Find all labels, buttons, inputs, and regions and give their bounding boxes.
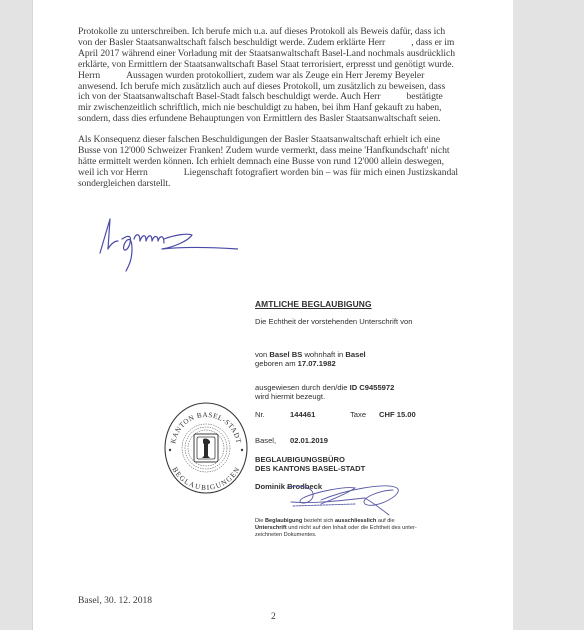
footnote-line-1: Die Beglaubigung bezieht sich ausschlies… xyxy=(255,518,495,525)
page-number: 2 xyxy=(271,611,276,622)
certification-intro: Die Echtheit der vorstehenden Unterschri… xyxy=(255,317,412,326)
paragraph-2: Als Konsequenz dieser falschen Beschuldi… xyxy=(78,135,473,190)
birth-date-line: geboren am 17.07.1982 xyxy=(255,359,336,368)
text-line: sondern, dass dies erfundene Behauptunge… xyxy=(78,114,473,125)
text-line: sondergleichen darstellt. xyxy=(78,179,473,190)
official-signature xyxy=(285,482,435,517)
document-date: Basel, 30. 12. 2018 xyxy=(78,595,152,606)
viewer-background-right xyxy=(513,0,584,630)
footnote-line-3: zeichneten Dokumentes. xyxy=(255,532,495,539)
attest-line: wird hiermit bezeugt. xyxy=(255,392,325,401)
paragraph-1: Protokolle zu unterschreiben. Ich berufe… xyxy=(78,27,473,125)
author-signature xyxy=(88,205,238,275)
office-name-line2: DES KANTONS BASEL-STADT xyxy=(255,464,365,473)
certification-footnote: Die Beglaubigung bezieht sich ausschlies… xyxy=(255,518,495,539)
residence-line: von Basel BS wohnhaft in Basel xyxy=(255,350,366,359)
viewer-background-left xyxy=(0,0,33,630)
id-line: ausgewiesen durch den/die ID C9455972 xyxy=(255,383,394,392)
place-label: Basel, xyxy=(255,436,276,445)
fee-value: CHF 15.00 xyxy=(379,410,416,419)
svg-text:BEGLAUBIGUNGEN: BEGLAUBIGUNGEN xyxy=(170,466,241,492)
document-body: Protokolle zu unterschreiben. Ich berufe… xyxy=(78,27,473,200)
official-seal: KANTON BASEL-STADT BEGLAUBIGUNGEN xyxy=(163,398,249,494)
office-name-line1: BEGLAUBIGUNGSBÜRO xyxy=(255,455,345,464)
number-value: 144461 xyxy=(290,410,315,419)
fee-label: Taxe xyxy=(350,410,366,419)
number-label: Nr. xyxy=(255,410,265,419)
text-line: HerrnAussagen wurden protokolliert, zude… xyxy=(78,71,473,82)
basel-crozier-icon xyxy=(202,439,210,459)
certification-title: AMTLICHE BEGLAUBIGUNG xyxy=(255,300,372,309)
document-page: Protokolle zu unterschreiben. Ich berufe… xyxy=(33,0,513,630)
certification-date: 02.01.2019 xyxy=(290,436,328,445)
footnote-line-2: Unterschrift und nicht auf den Inhalt od… xyxy=(255,525,495,532)
